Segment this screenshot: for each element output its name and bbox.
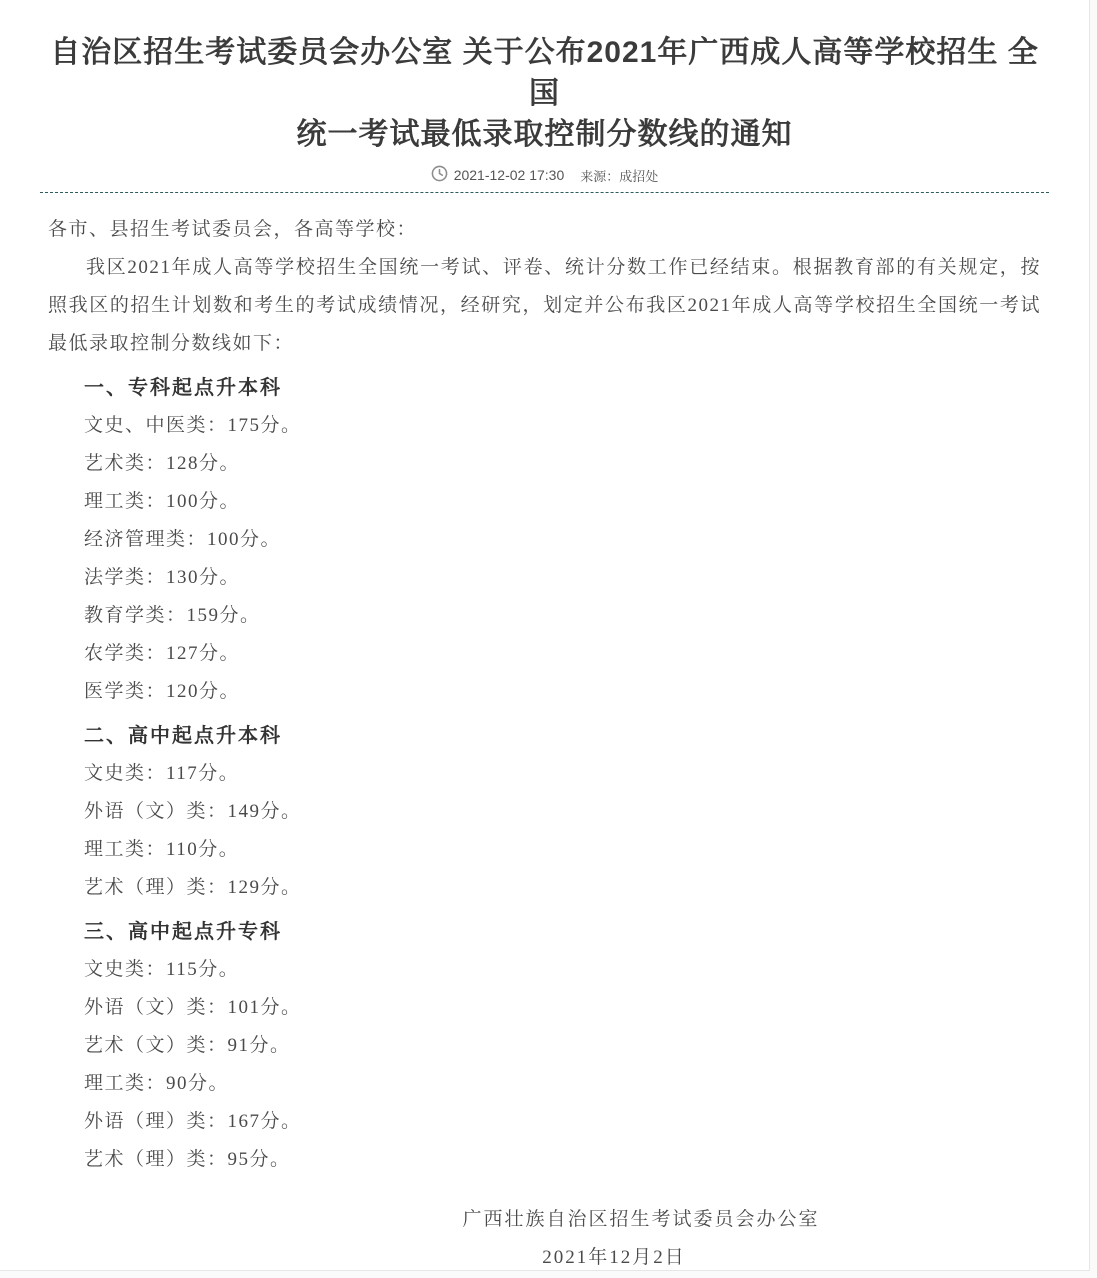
salutation: 各市、县招生考试委员会，各高等学校： bbox=[48, 211, 1041, 249]
score-item: 外语（文）类：149分。 bbox=[84, 793, 1041, 831]
page-title-line-2: 统一考试最低录取控制分数线的通知 bbox=[38, 114, 1051, 155]
score-item: 医学类：120分。 bbox=[84, 673, 1041, 711]
score-item: 法学类：130分。 bbox=[84, 559, 1041, 597]
score-item: 艺术（理）类：129分。 bbox=[84, 869, 1041, 907]
dashed-separator bbox=[40, 192, 1049, 193]
score-item: 文史、中医类：175分。 bbox=[84, 407, 1041, 445]
score-item: 文史类：115分。 bbox=[84, 951, 1041, 989]
notice-body: 各市、县招生考试委员会，各高等学校： 我区2021年成人高等学校招生全国统一考试… bbox=[0, 211, 1089, 1179]
source: 来源：成招处 bbox=[580, 166, 658, 185]
score-item: 外语（文）类：101分。 bbox=[84, 989, 1041, 1027]
signature-org: 广西壮族自治区招生考试委员会办公室 bbox=[193, 1201, 1089, 1239]
score-item: 农学类：127分。 bbox=[84, 635, 1041, 673]
source-value: 成招处 bbox=[619, 169, 658, 184]
score-item: 艺术（理）类：95分。 bbox=[84, 1141, 1041, 1179]
publish-time: 2021-12-02 17:30 bbox=[454, 167, 565, 183]
signature-block: 广西壮族自治区招生考试委员会办公室 2021年12月2日 bbox=[0, 1201, 1089, 1271]
section-heading-3: 三、高中起点升专科 bbox=[84, 913, 1041, 951]
score-item: 经济管理类：100分。 bbox=[84, 521, 1041, 559]
source-label: 来源： bbox=[580, 169, 619, 184]
score-item: 理工类：100分。 bbox=[84, 483, 1041, 521]
intro-paragraph: 我区2021年成人高等学校招生全国统一考试、评卷、统计分数工作已经结束。根据教育… bbox=[48, 249, 1041, 363]
score-item: 理工类：110分。 bbox=[84, 831, 1041, 869]
score-item: 艺术类：128分。 bbox=[84, 445, 1041, 483]
section-heading-1: 一、专科起点升本科 bbox=[84, 369, 1041, 407]
page-title-line-1: 自治区招生考试委员会办公室 关于公布2021年广西成人高等学校招生 全国 bbox=[38, 32, 1051, 114]
section-heading-2: 二、高中起点升本科 bbox=[84, 717, 1041, 755]
score-item: 教育学类：159分。 bbox=[84, 597, 1041, 635]
score-item: 理工类：90分。 bbox=[84, 1065, 1041, 1103]
score-item: 文史类：117分。 bbox=[84, 755, 1041, 793]
article-meta: 2021-12-02 17:30 来源：成招处 bbox=[0, 165, 1089, 185]
signature-date: 2021年12月2日 bbox=[139, 1239, 1089, 1271]
score-item: 外语（理）类：167分。 bbox=[84, 1103, 1041, 1141]
notice-page: 自治区招生考试委员会办公室 关于公布2021年广西成人高等学校招生 全国 统一考… bbox=[0, 0, 1090, 1271]
page-title: 自治区招生考试委员会办公室 关于公布2021年广西成人高等学校招生 全国 统一考… bbox=[38, 32, 1051, 155]
clock-icon bbox=[431, 165, 448, 185]
score-item: 艺术（文）类：91分。 bbox=[84, 1027, 1041, 1065]
